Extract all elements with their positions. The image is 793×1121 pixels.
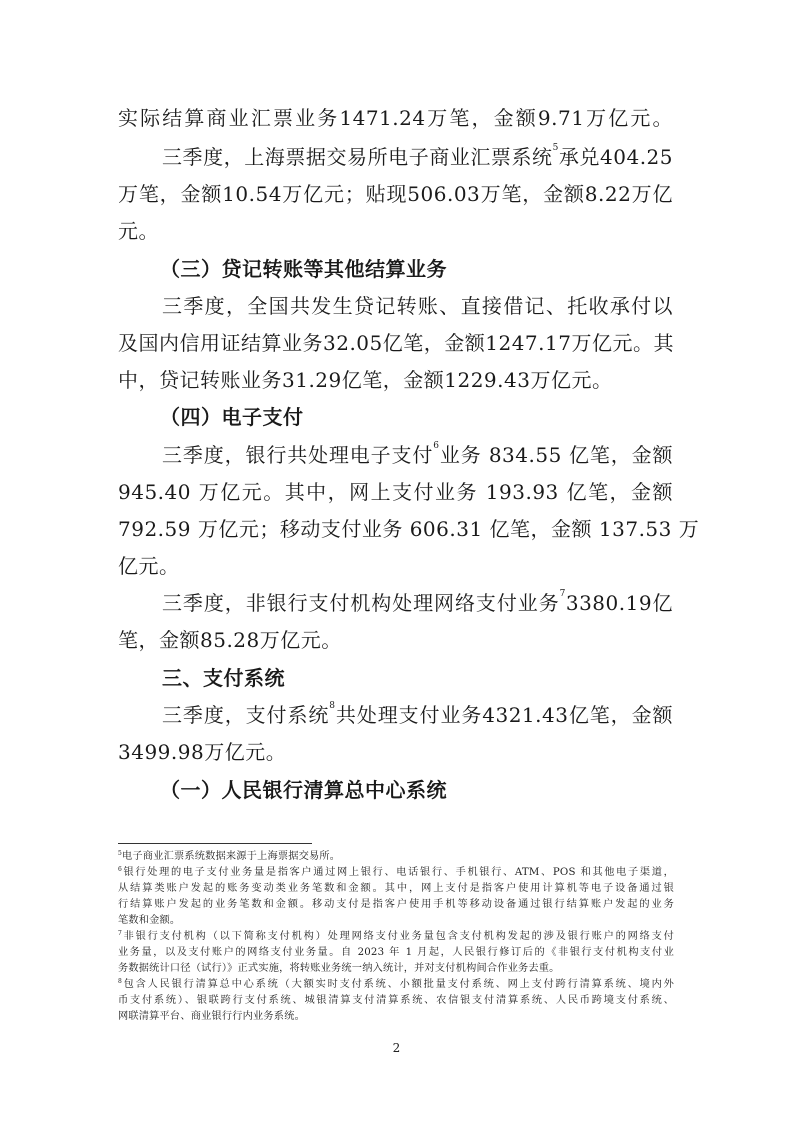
text: 承兑404.25 [559, 145, 673, 169]
footnote-number: 7 [118, 930, 122, 937]
section-heading: （三）贷记转账等其他结算业务 [160, 257, 715, 281]
section-heading: 三、支付系统 [162, 666, 717, 690]
footnote-6-line: 行结算账户发起的业务笔数和金额。移动支付是指客户使用手机等移动设备通过银行结算账… [118, 897, 674, 912]
body-line: 三季度，银行共处理电子支付6业务 834.55 亿笔，金额 [162, 443, 673, 467]
text: 三季度，银行共处理电子支付 [162, 443, 433, 467]
footnote-separator [118, 843, 312, 844]
body-line: 三季度，全国共发生贷记转账、直接借记、托收承付以 [162, 294, 673, 318]
footnote-6-line: 从结算类账户发起的账务变动类业务笔数和金额。其中，网上支付是指客户使用计算机等电… [118, 881, 674, 896]
body-line: 中，贷记转账业务31.29亿笔，金额1229.43万亿元。 [118, 368, 673, 392]
footnote-text: 电子商业汇票系统数据来源于上海票据交易所。 [122, 851, 340, 862]
text: 三季度，非银行支付机构处理网络支付业务 [162, 591, 560, 615]
body-line: 笔，金额85.28万亿元。 [118, 628, 673, 652]
footnote-5: 5电子商业汇票系统数据来源于上海票据交易所。 [118, 849, 674, 864]
footnote-text: 银行处理的电子支付业务量是指客户通过网上银行、电话银行、手机银行、ATM、POS… [122, 867, 674, 878]
footnote-ref-6[interactable]: 6 [433, 441, 439, 451]
text: 三季度，上海票据交易所电子商业汇票系统 [162, 145, 553, 169]
footnote-ref-8[interactable]: 8 [329, 701, 335, 711]
footnote-7-line: 业务量，以及支付账户的网络支付业务量。自 2023 年 1 月起，人民银行修订后… [118, 945, 674, 960]
body-line: 元。 [118, 219, 673, 243]
footnote-6: 6银行处理的电子支付业务量是指客户通过网上银行、电话银行、手机银行、ATM、PO… [118, 865, 674, 880]
footnote-number: 8 [118, 978, 122, 985]
body-line: 3499.98万亿元。 [118, 740, 673, 764]
footnote-7-line: 务数据统计口径（试行）》正式实施，将转账业务统一纳入统计，并对支付机构间合作业务… [118, 961, 674, 976]
text: 3380.19亿 [566, 591, 673, 615]
footnote-6-line: 笔数和金额。 [118, 913, 674, 928]
footnote-8-line: 网联清算平台、商业银行行内业务系统。 [118, 1009, 674, 1024]
text: 共处理支付业务4321.43亿笔，金额 [336, 703, 674, 727]
footnote-text: 非银行支付机构（以下简称支付机构）处理网络支付业务量包含支付机构发起的涉及银行账… [122, 931, 674, 942]
body-line: 实际结算商业汇票业务1471.24万笔，金额9.71万亿元。 [118, 106, 673, 130]
footnote-ref-5[interactable]: 5 [553, 143, 559, 153]
footnote-7: 7非银行支付机构（以下简称支付机构）处理网络支付业务量包含支付机构发起的涉及银行… [118, 929, 674, 944]
footnote-number: 5 [118, 850, 122, 857]
body-line: 792.59 万亿元；移动支付业务 606.31 亿笔，金额 137.53 万 [118, 517, 673, 541]
footnote-number: 6 [118, 866, 122, 873]
section-heading: （一）人民银行清算总中心系统 [160, 778, 715, 802]
body-line: 及国内信用证结算业务32.05亿笔，金额1247.17万亿元。其 [118, 331, 673, 355]
section-heading: （四）电子支付 [160, 405, 715, 429]
body-line: 三季度，支付系统8共处理支付业务4321.43亿笔，金额 [162, 703, 673, 727]
body-line: 三季度，上海票据交易所电子商业汇票系统5承兑404.25 [162, 145, 673, 169]
footnote-ref-7[interactable]: 7 [560, 589, 566, 599]
page-number: 2 [0, 1041, 793, 1055]
footnote-text: 包含人民银行清算总中心系统（大额实时支付系统、小额批量支付系统、网上支付跨行清算… [122, 979, 674, 990]
document-page: 实际结算商业汇票业务1471.24万笔，金额9.71万亿元。 三季度，上海票据交… [0, 0, 793, 1121]
body-line: 万笔，金额10.54万亿元；贴现506.03万笔，金额8.22万亿 [118, 182, 673, 206]
body-line: 三季度，非银行支付机构处理网络支付业务73380.19亿 [162, 591, 673, 615]
footnote-8: 8包含人民银行清算总中心系统（大额实时支付系统、小额批量支付系统、网上支付跨行清… [118, 977, 674, 992]
text: 业务 834.55 亿笔，金额 [440, 443, 674, 467]
text: 三季度，支付系统 [162, 703, 329, 727]
body-line: 亿元。 [118, 554, 673, 578]
body-line: 945.40 万亿元。其中，网上支付业务 193.93 亿笔，金额 [118, 480, 673, 504]
footnote-8-line: 币支付系统）、银联跨行支付系统、城银清算支付清算系统、农信银支付清算系统、人民币… [118, 993, 674, 1008]
